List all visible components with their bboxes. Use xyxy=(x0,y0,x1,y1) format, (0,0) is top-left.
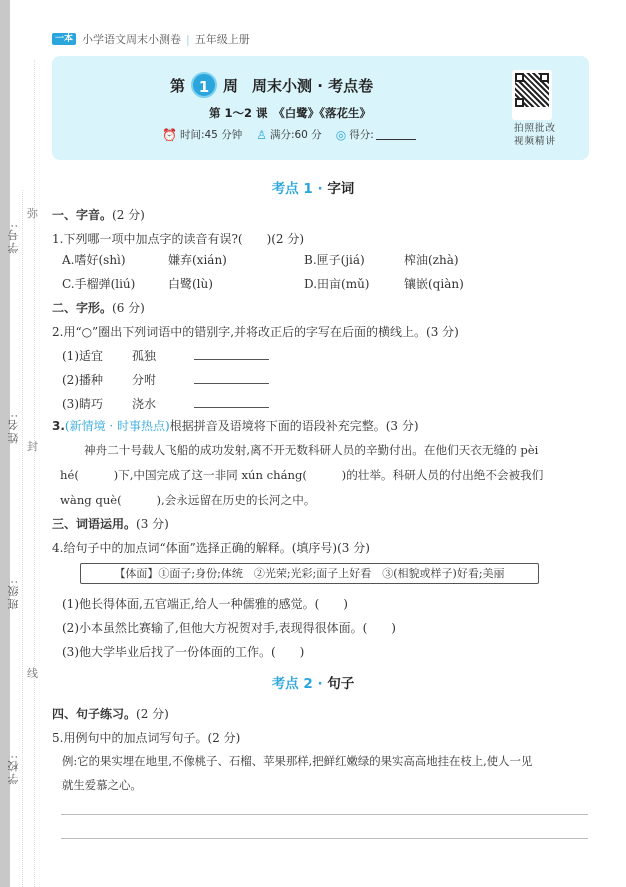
qr-caption-line: 拍照批改 xyxy=(510,122,560,135)
answer-blank[interactable] xyxy=(194,372,269,384)
option-a[interactable]: A.嗜好(shì) xyxy=(62,251,126,268)
section-title: 字词 xyxy=(327,181,354,197)
name-label: 姓名: xyxy=(6,412,22,444)
q2-item: (2)播种分咐 xyxy=(62,371,269,388)
part-score: (2 分) xyxy=(112,208,145,222)
q3-paragraph-line: wàng què( ),会永远留在历史的长河之中。 xyxy=(60,492,315,508)
score-blank[interactable] xyxy=(376,130,416,140)
separator: | xyxy=(186,33,190,46)
page-title: 第 1 周 周末小测 · 考点卷 xyxy=(170,72,373,98)
answer-writing-line[interactable] xyxy=(61,838,588,839)
grade-label: 五年级上册 xyxy=(195,31,250,47)
full-score-label: 满分:60 分 xyxy=(270,127,322,142)
q3-paragraph-line: hé( )下,中国完成了这一非同 xún cháng( )的壮举。科研人员的付出… xyxy=(60,467,543,483)
q4-item: (3)他大学毕业后找了一份体面的工作。( ) xyxy=(62,643,304,660)
option-c-second: 白鹭(lù) xyxy=(168,275,213,292)
q2-item-word: 浇水 xyxy=(132,395,194,412)
answer-writing-line[interactable] xyxy=(61,814,588,815)
qr-caption-line: 视频精讲 xyxy=(510,135,560,148)
part-heading: 三、词语运用。(3 分) xyxy=(52,515,169,532)
brand-logo: 一本 xyxy=(52,33,76,45)
example-sentence: 就生爱慕之心。 xyxy=(62,777,142,793)
series-header: 一本 小学语文周末小测卷 | 五年级上册 xyxy=(52,31,250,47)
question-5: 5.用例句中的加点词写句子。(2 分) xyxy=(52,729,240,746)
section-prefix: 考点 2 · xyxy=(272,676,328,692)
binding-line xyxy=(22,190,23,887)
question-2: 2.用“○”圈出下列词语中的错别字,并将改正后的字写在后面的横线上。(3 分) xyxy=(52,323,459,340)
q2-item: (3)睛巧浇水 xyxy=(62,395,269,412)
section-prefix: 考点 1 · xyxy=(272,181,328,197)
time-label: 时间:45 分钟 xyxy=(180,127,242,142)
part-title: 二、字形。 xyxy=(52,301,112,315)
definition-box: 【体面】①面子;身份;体统 ②光荣;光彩;面子上好看 ③(相貌或样子)好看;美丽 xyxy=(80,563,539,584)
week-prefix: 第 xyxy=(170,75,185,96)
section-heading-1: 考点 1 · 字词 xyxy=(0,177,626,197)
part-score: (3 分) xyxy=(136,517,169,531)
part-heading: 二、字形。(6 分) xyxy=(52,299,145,316)
answer-blank[interactable] xyxy=(194,348,269,360)
q2-item-num: (2)播种 xyxy=(62,371,132,388)
class-label: 班级: xyxy=(6,578,22,610)
part-title: 三、词语运用。 xyxy=(52,517,136,531)
section-title: 句子 xyxy=(327,676,354,692)
question-4: 4.给句子中的加点词“体面”选择正确的解释。(填序号)(3 分) xyxy=(52,539,370,556)
week-suffix: 周 xyxy=(223,75,238,96)
part-score: (2 分) xyxy=(136,707,169,721)
student-id-label: 学号: xyxy=(6,222,22,254)
qr-caption: 拍照批改 视频精讲 xyxy=(510,122,560,148)
question-1: 1.下列哪一项中加点字的读音有误?( )(2 分) xyxy=(52,230,304,247)
quiz-meta: ⏰时间:45 分钟 ♙满分:60 分 ◎得分: xyxy=(162,127,430,142)
seal-char: 封 xyxy=(27,438,38,454)
week-number-badge: 1 xyxy=(191,72,217,98)
option-b[interactable]: B.匣子(jiá) xyxy=(304,251,365,268)
school-label: 学校: xyxy=(6,753,22,785)
series-title: 小学语文周末小测卷 xyxy=(82,31,181,47)
option-a-second: 嫌弃(xián) xyxy=(168,251,227,268)
q2-item-num: (1)适宜 xyxy=(62,347,132,364)
qr-code[interactable] xyxy=(512,70,552,120)
alarm-clock-icon: ⏰ xyxy=(162,128,177,142)
q3-paragraph-line: 神舟二十号载人飞船的成功发射,离不开无数科研人员的辛勤付出。在他们天衣无缝的 p… xyxy=(84,442,538,458)
quiz-title: 周末小测 · 考点卷 xyxy=(252,75,373,96)
lesson-subtitle: 第 1～2 课 《白鹭》《落花生》 xyxy=(209,105,371,121)
section-heading-2: 考点 2 · 句子 xyxy=(0,672,626,692)
question-3: 3.(新情境 · 时事热点)根据拼音及语境将下面的语段补充完整。(3 分) xyxy=(52,417,419,434)
part-title: 一、字音。 xyxy=(52,208,112,222)
seal-char: 弥 xyxy=(27,205,38,221)
part-title: 四、句子练习。 xyxy=(52,707,136,721)
answer-blank[interactable] xyxy=(194,396,269,408)
q2-item-word: 孤独 xyxy=(132,347,194,364)
option-b-second: 榨油(zhà) xyxy=(404,251,459,268)
question-text: 根据拼音及语境将下面的语段补充完整。(3 分) xyxy=(170,419,419,433)
q4-item: (1)他长得体面,五官端正,给人一种儒雅的感觉。( ) xyxy=(62,595,348,612)
option-d-second: 镶嵌(qiàn) xyxy=(404,275,464,292)
q4-item: (2)小本虽然比赛输了,但他大方祝贺对手,表现得很体面。( ) xyxy=(62,619,396,636)
context-tag: (新情境 · 时事热点) xyxy=(65,419,170,433)
part-heading: 四、句子练习。(2 分) xyxy=(52,705,169,722)
q2-item-word: 分咐 xyxy=(132,371,194,388)
example-sentence: 例:它的果实埋在地里,不像桃子、石榴、苹果那样,把鲜红嫩绿的果实高高地挂在枝上,… xyxy=(62,753,532,769)
award-icon: ♙ xyxy=(256,128,267,142)
question-number: 3. xyxy=(52,419,65,433)
part-score: (6 分) xyxy=(112,301,145,315)
q2-item-num: (3)睛巧 xyxy=(62,395,132,412)
target-icon: ◎ xyxy=(336,128,346,142)
part-heading: 一、字音。(2 分) xyxy=(52,206,145,223)
option-c[interactable]: C.手榴弹(liú) xyxy=(62,275,135,292)
score-label: 得分: xyxy=(349,127,374,142)
q2-item: (1)适宜孤独 xyxy=(62,347,269,364)
option-d[interactable]: D.田亩(mǔ) xyxy=(304,275,369,292)
